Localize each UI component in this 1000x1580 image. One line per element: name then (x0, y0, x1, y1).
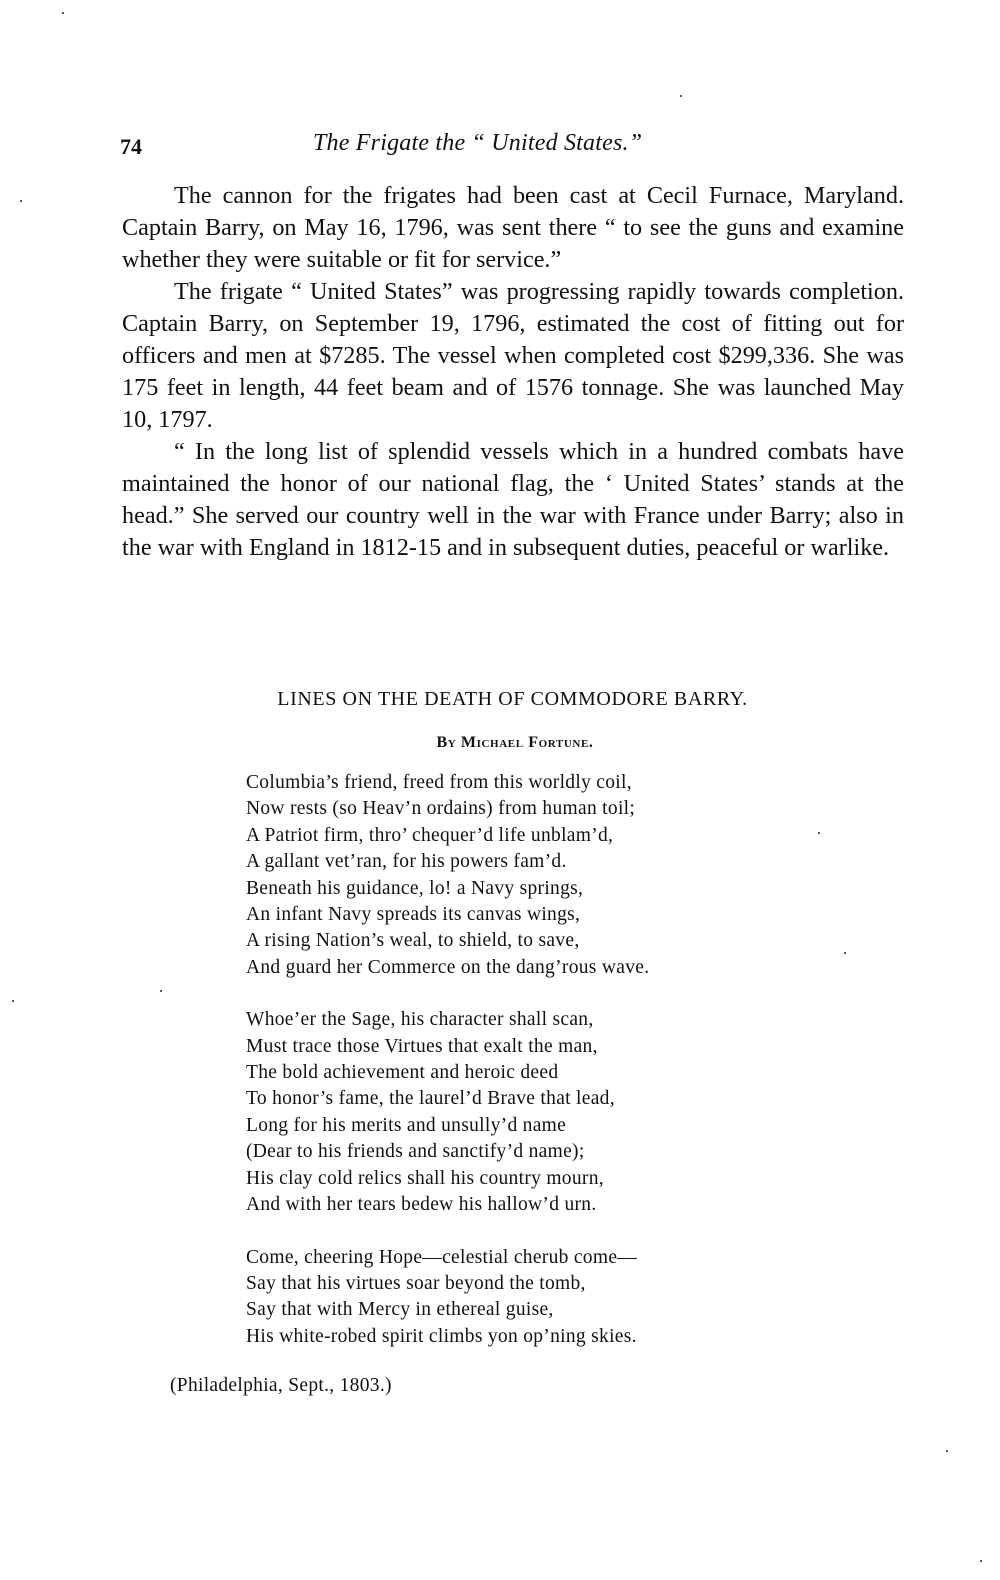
scan-speck (20, 200, 22, 202)
poem-line: And guard her Commerce on the dang’rous … (246, 955, 846, 981)
poem-line: A Patriot firm, thro’ chequer’d life unb… (246, 823, 846, 849)
poem-line: Say that with Mercy in ethereal guise, (246, 1297, 846, 1323)
stanza: Whoe’er the Sage, his character shall sc… (246, 1007, 846, 1218)
poem-line: Come, cheering Hope—celestial cherub com… (246, 1245, 846, 1271)
poem-author: By Michael Fortune. (0, 734, 1000, 752)
scan-speck (980, 1560, 982, 1562)
poem-line: To honor’s fame, the laurel’d Brave that… (246, 1086, 846, 1112)
scan-speck (62, 12, 64, 14)
poem-title: LINES ON THE DEATH OF COMMODORE BARRY. (0, 688, 1000, 711)
running-title: The Frigate the “ United States.” (313, 130, 642, 157)
paragraph: The frigate “ United States” was progres… (122, 276, 904, 436)
scan-speck (160, 990, 162, 992)
scan-speck (946, 1450, 948, 1452)
poem-line: (Dear to his friends and sanctify’d name… (246, 1139, 846, 1165)
stanza: Columbia’s friend, freed from this world… (246, 770, 846, 981)
poem-line: His clay cold relics shall his country m… (246, 1166, 846, 1192)
poem-line: Long for his merits and unsully’d name (246, 1113, 846, 1139)
book-page: 74 The Frigate the “ United States.” The… (0, 0, 1000, 1580)
poem-line: The bold achievement and heroic deed (246, 1060, 846, 1086)
poem-dateline: (Philadelphia, Sept., 1803.) (170, 1375, 392, 1397)
poem: Columbia’s friend, freed from this world… (246, 770, 846, 1376)
page-number: 74 (120, 134, 142, 160)
poem-line: And with her tears bedew his hallow’d ur… (246, 1192, 846, 1218)
paragraph: The cannon for the frigates had been cas… (122, 180, 904, 276)
stanza: Come, cheering Hope—celestial cherub com… (246, 1245, 846, 1351)
poem-line: Now rests (so Heav’n ordains) from human… (246, 796, 846, 822)
poem-line: Say that his virtues soar beyond the tom… (246, 1271, 846, 1297)
poem-line: Must trace those Virtues that exalt the … (246, 1034, 846, 1060)
poem-line: His white-robed spirit climbs yon op’nin… (246, 1324, 846, 1350)
poem-line: Beneath his guidance, lo! a Navy springs… (246, 876, 846, 902)
prose-section: The cannon for the frigates had been cas… (122, 180, 904, 564)
scan-speck (12, 1000, 14, 1002)
poem-line: A gallant vet’ran, for his powers fam’d. (246, 849, 846, 875)
poem-line: A rising Nation’s weal, to shield, to sa… (246, 928, 846, 954)
paragraph: “ In the long list of splendid vessels w… (122, 436, 904, 564)
poem-line: Columbia’s friend, freed from this world… (246, 770, 846, 796)
scan-speck (680, 95, 682, 97)
running-head: 74 The Frigate the “ United States.” (120, 130, 910, 164)
scan-speck (844, 952, 846, 954)
scan-speck (818, 832, 820, 834)
poem-line: Whoe’er the Sage, his character shall sc… (246, 1007, 846, 1033)
poem-line: An infant Navy spreads its canvas wings, (246, 902, 846, 928)
